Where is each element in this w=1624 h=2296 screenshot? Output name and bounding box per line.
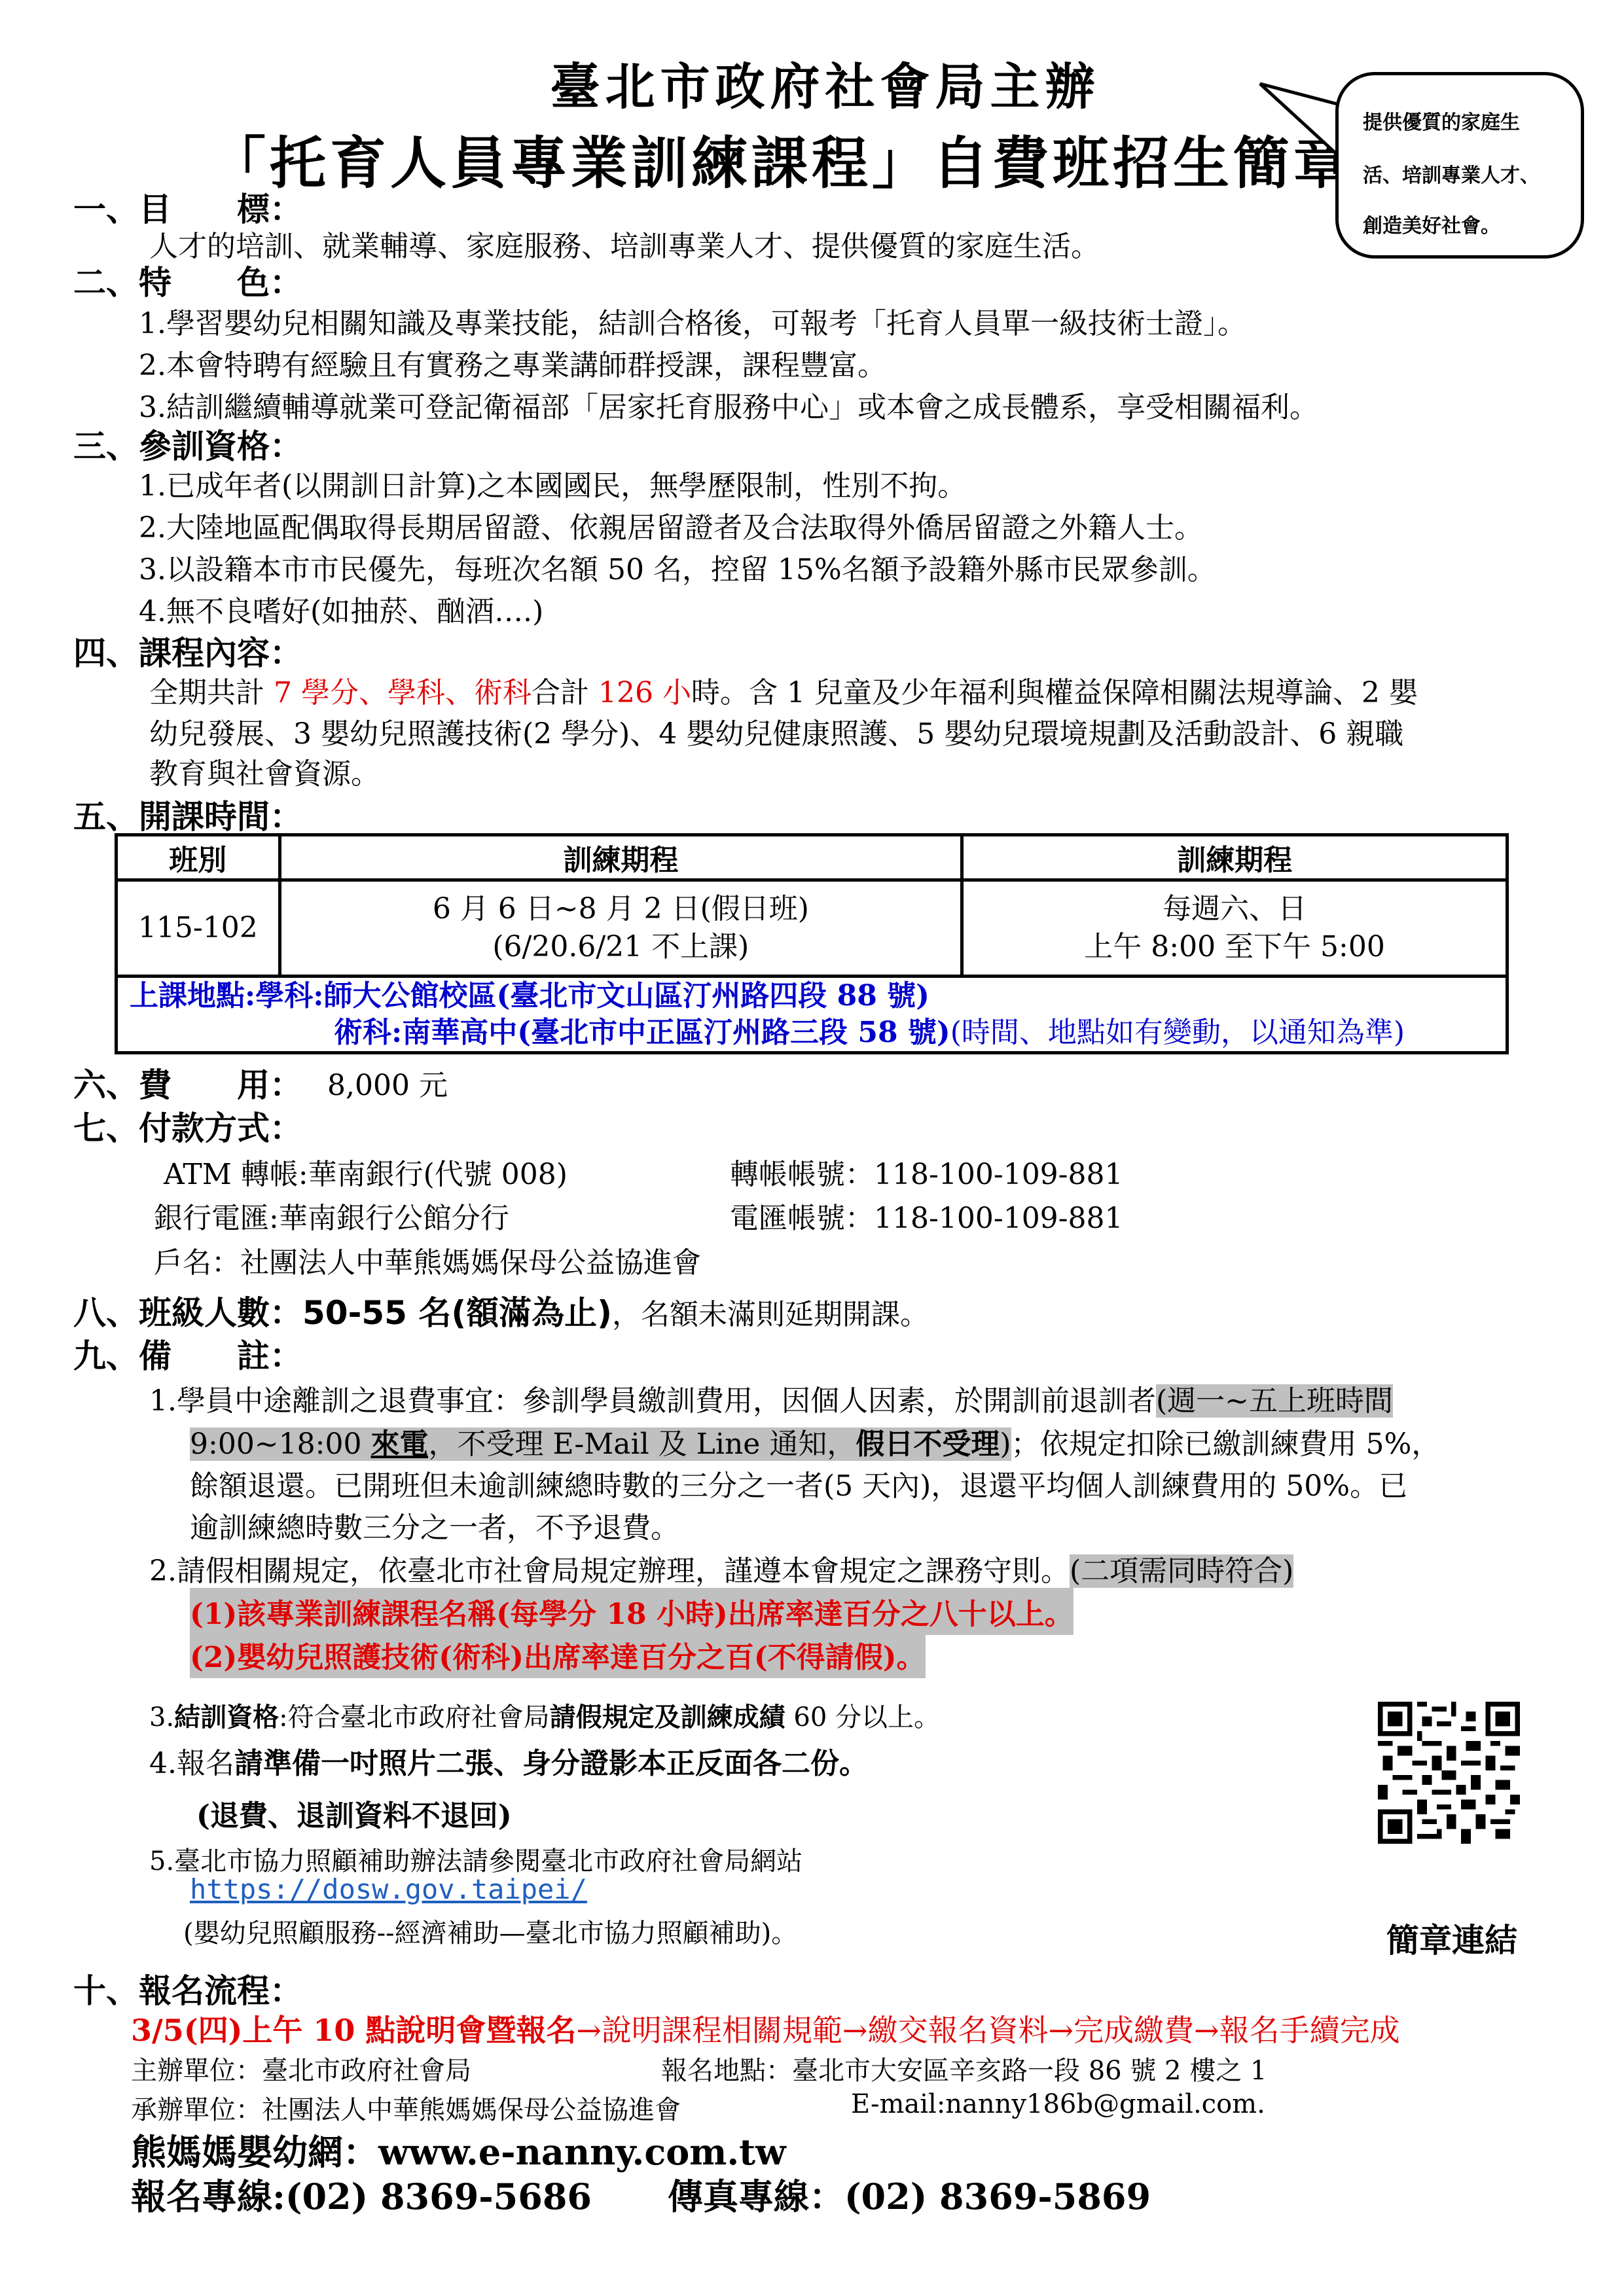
note-1-close-paren: ) bbox=[1000, 1427, 1011, 1461]
note-1-line-1: 1.學員中途離訓之退費事宜：參訓學員繳訓費用，因個人因素，於開訓前退訓者(週一~… bbox=[149, 1377, 1393, 1419]
content-line-1: 全期共計 7 學分、學科、術科合計 126 小時。含 1 兒童及少年福利與權益保… bbox=[149, 669, 1418, 711]
note-3-bold: 請假規定及訓練成績 bbox=[550, 1702, 785, 1732]
note-1-deduction: ；依規定扣除已繳訓練費用 5%， bbox=[1011, 1427, 1441, 1461]
period-cell: 6 月 6 日~8 月 2 日(假日班) (6/20.6/21 不上課) bbox=[280, 880, 962, 977]
wire-account: 電匯帳號：118-100-109-881 bbox=[730, 1194, 1123, 1236]
bubble-line-1: 提供優質的家庭生 bbox=[1363, 106, 1520, 135]
section-payment-heading: 七、付款方式： bbox=[73, 1102, 302, 1149]
section-class-size-heading: 八、班級人數： bbox=[73, 1294, 302, 1332]
content-line-3: 教育與社會資源。 bbox=[149, 750, 380, 792]
eligibility-item: 1.已成年者(以開訓日計算)之本國國民，無學歷限制，性別不拘。 bbox=[139, 462, 966, 504]
note-1-highlight: (週一~五上班時間 bbox=[1156, 1384, 1393, 1418]
content-mid: 合計 bbox=[532, 676, 598, 709]
note-1-text: 1.學員中途離訓之退費事宜：參訓學員繳訓費用，因個人因素，於開訓前退訓者 bbox=[149, 1384, 1156, 1418]
bubble-line-2: 活、培訓專業人才、 bbox=[1363, 159, 1540, 188]
registration-steps: →說明課程相關規範→繳交報名資料→完成繳費→報名手續完成 bbox=[576, 2013, 1399, 2048]
atm-transfer: ATM 轉帳:華南銀行(代號 008) bbox=[164, 1151, 568, 1193]
note-2-sub-1: (1)該專業訓練課程名稱(每學分 18 小時)出席率達百分之八十以上。 bbox=[190, 1588, 1074, 1635]
header-time: 訓練期程 bbox=[962, 835, 1507, 880]
location-practical: 術科:南華高中(臺北市中正區汀州路三段 58 號) bbox=[334, 1016, 950, 1049]
website[interactable]: 熊媽媽嬰幼網：www.e-nanny.com.tw bbox=[131, 2125, 786, 2175]
feature-item: 2.本會特聘有經驗且有實務之專業講師群授課，課程豐富。 bbox=[139, 342, 886, 384]
fee-value: 8,000 元 bbox=[327, 1062, 448, 1103]
note-3: 3.結訓資格:符合臺北市政府社會局請假規定及訓練成績 60 分以上。 bbox=[149, 1696, 940, 1734]
content-suffix: 時。含 1 兒童及少年福利與權益保障相關法規導論、2 嬰 bbox=[691, 676, 1418, 709]
time-hours: 上午 8:00 至下午 5:00 bbox=[964, 928, 1506, 966]
note-1-hours: 9:00~18:00 bbox=[190, 1427, 370, 1461]
fax-number: 傳真專線：(02) 8369-5869 bbox=[668, 2169, 1151, 2219]
note-4-line-2: (退費、退訓資料不退回) bbox=[196, 1792, 512, 1834]
note-4-prefix: 4.報名 bbox=[149, 1747, 234, 1780]
time-days: 每週六、日 bbox=[964, 890, 1506, 928]
period-exceptions: (6/20.6/21 不上課) bbox=[281, 928, 961, 966]
dosw-website-link[interactable]: https://dosw.gov.taipei/ bbox=[190, 1873, 587, 1905]
hours-highlight: 126 小 bbox=[598, 676, 691, 709]
section-registration-heading: 十、報名流程： bbox=[73, 1965, 302, 2012]
wire-transfer: 銀行電匯:華南銀行公館分行 bbox=[154, 1194, 509, 1236]
class-size-note: ，名額未滿則延期開課。 bbox=[612, 1298, 929, 1331]
location-line-1: 上課地點:學科:師大公館校區(臺北市文山區汀州路四段 88 號) bbox=[118, 978, 1506, 1014]
note-2-line-1: 2.請假相關規定，依臺北市社會局規定辦理，謹遵本會規定之課務守則。(二項需同時符… bbox=[149, 1547, 1293, 1589]
speech-bubble-tail-icon bbox=[1254, 79, 1345, 157]
location-note: (時間、地點如有變動，以通知為準) bbox=[950, 1016, 1405, 1049]
schedule-table: 班別 訓練期程 訓練期程 115-102 6 月 6 日~8 月 2 日(假日班… bbox=[115, 833, 1509, 1054]
eligibility-item: 2.大陸地區配偶取得長期居留證、依親居留證者及合法取得外僑居留證之外籍人士。 bbox=[139, 504, 1203, 546]
note-1-line-4: 逾訓練總時數三分之一者，不予退費。 bbox=[190, 1504, 679, 1546]
qr-code-icon[interactable] bbox=[1378, 1702, 1520, 1844]
title-program: 「托育人員專業訓練課程」自費班招生簡章 bbox=[209, 118, 1354, 199]
note-3-text: :符合臺北市政府社會局 bbox=[279, 1702, 549, 1732]
account-name: 戶名：社團法人中華熊媽媽保母公益協進會 bbox=[154, 1239, 701, 1281]
registration-session: 3/5(四)上午 10 點說明會暨報名 bbox=[131, 2013, 576, 2048]
eligibility-item: 3.以設籍本市市民優先，每班次名額 50 名，控留 15%名額予設籍外縣市民眾參… bbox=[139, 546, 1216, 588]
section-content-heading: 四、課程內容： bbox=[73, 627, 302, 674]
note-4: 4.報名請準備一吋照片二張、身分證影本正反面各二份。 bbox=[149, 1740, 868, 1782]
co-organizer: 承辦單位：社團法人中華熊媽媽保母公益協進會 bbox=[131, 2089, 681, 2126]
table-header-row: 班別 訓練期程 訓練期程 bbox=[117, 835, 1507, 880]
header-class: 班別 bbox=[117, 835, 280, 880]
bubble-line-3: 創造美好社會。 bbox=[1363, 209, 1500, 238]
time-cell: 每週六、日 上午 8:00 至下午 5:00 bbox=[962, 880, 1507, 977]
note-2-sub-2: (2)嬰幼兒照護技術(術科)出席率達百分之百(不得請假)。 bbox=[190, 1631, 926, 1678]
class-id: 115-102 bbox=[117, 880, 280, 977]
header-period: 訓練期程 bbox=[280, 835, 962, 880]
period-dates: 6 月 6 日~8 月 2 日(假日班) bbox=[281, 890, 961, 928]
feature-item: 1.學習嬰幼兒相關知識及專業技能，結訓合格後，可報考「托育人員單一級技術士證」。 bbox=[139, 300, 1246, 342]
table-row: 115-102 6 月 6 日~8 月 2 日(假日班) (6/20.6/21 … bbox=[117, 880, 1507, 977]
registration-phone: 報名專線:(02) 8369-5686 bbox=[131, 2169, 592, 2219]
note-5-line-1: 5.臺北市協力照顧補助辦法請參閱臺北市政府社會局網站 bbox=[149, 1840, 803, 1878]
registration-location: 報名地點：臺北市大安區辛亥路一段 86 號 2 樓之 1 bbox=[661, 2050, 1267, 2087]
note-2-highlight: (二項需同時符合) bbox=[1070, 1554, 1293, 1588]
note-5-line-3: (嬰幼兒照顧服務--經濟補助—臺北市協力照顧補助)。 bbox=[183, 1912, 797, 1950]
credits-highlight: 7 學分、學科、術科 bbox=[274, 676, 532, 709]
location-line-2: 術科:南華高中(臺北市中正區汀州路三段 58 號)(時間、地點如有變動，以通知為… bbox=[118, 1014, 1506, 1051]
section-features-heading: 二、特 色： bbox=[73, 257, 302, 304]
note-3-num: 3. bbox=[149, 1702, 174, 1732]
content-line-2: 幼兒發展、3 嬰幼兒照護技術(2 學分)、4 嬰幼兒健康照護、5 嬰幼兒環境規劃… bbox=[149, 710, 1403, 752]
class-size-line: 八、班級人數：50-55 名(額滿為止)，名額未滿則延期開課。 bbox=[73, 1287, 929, 1334]
contact-email[interactable]: E-mail:nanny186b@gmail.com. bbox=[851, 2089, 1265, 2119]
note-2-text: 2.請假相關規定，依臺北市社會局規定辦理，謹遵本會規定之課務守則。 bbox=[149, 1554, 1070, 1588]
atm-account: 轉帳帳號：118-100-109-881 bbox=[730, 1151, 1123, 1193]
section-eligibility-heading: 三、參訓資格： bbox=[73, 420, 302, 467]
class-size-value: 50-55 名(額滿為止) bbox=[302, 1294, 612, 1332]
section-fee-heading: 六、費 用： bbox=[73, 1059, 302, 1106]
note-1-no-holiday: 假日不受理 bbox=[856, 1427, 1000, 1461]
eligibility-item: 4.無不良嗜好(如抽菸、酗酒….) bbox=[139, 588, 543, 630]
registration-flow: 3/5(四)上午 10 點說明會暨報名→說明課程相關規範→繳交報名資料→完成繳費… bbox=[131, 2007, 1400, 2050]
organizer: 主辦單位：臺北市政府社會局 bbox=[131, 2050, 471, 2087]
feature-item: 3.結訓繼續輔導就業可登記衛福部「居家托育服務中心」或本會之成長體系，享受相關福… bbox=[139, 384, 1318, 425]
content-prefix: 全期共計 bbox=[149, 676, 274, 709]
section-schedule-heading: 五、開課時間： bbox=[73, 791, 302, 838]
note-1-line-2: 9:00~18:00 來電，不受理 E-Mail 及 Line 通知，假日不受理… bbox=[190, 1420, 1440, 1462]
note-1-no-email: ，不受理 E-Mail 及 Line 通知， bbox=[428, 1427, 856, 1461]
note-1-phone-only: 來電 bbox=[370, 1427, 428, 1461]
note-3-score: 60 分以上。 bbox=[785, 1702, 940, 1732]
note-4-bold: 請準備一吋照片二張、身分證影本正反面各二份。 bbox=[234, 1747, 868, 1780]
note-1-line-3: 餘額退還。已開班但未逾訓練總時數的三分之一者(5 天內)，退還平均個人訓練費用的… bbox=[190, 1462, 1407, 1504]
brochure-link-label[interactable]: 簡章連結 bbox=[1386, 1914, 1517, 1962]
location-cell: 上課地點:學科:師大公館校區(臺北市文山區汀州路四段 88 號) 術科:南華高中… bbox=[117, 977, 1507, 1053]
section-notes-heading: 九、備 註： bbox=[73, 1330, 302, 1377]
location-row: 上課地點:學科:師大公館校區(臺北市文山區汀州路四段 88 號) 術科:南華高中… bbox=[117, 977, 1507, 1053]
note-3-label: 結訓資格 bbox=[174, 1702, 279, 1732]
